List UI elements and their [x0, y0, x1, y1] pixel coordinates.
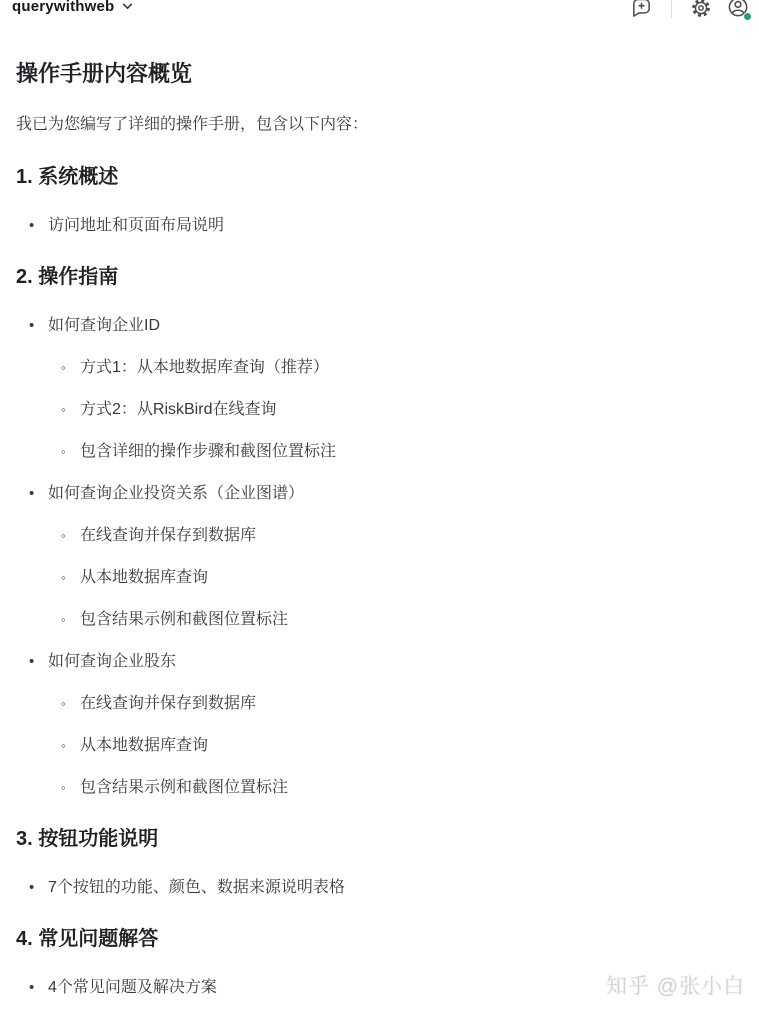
- intro-paragraph: 我已为您编写了详细的操作手册，包含以下内容：: [16, 114, 724, 135]
- topbar-divider: [671, 0, 672, 18]
- list-item-label: 4个常见问题及解决方案: [48, 978, 217, 997]
- online-status-dot: [743, 12, 752, 21]
- bullet-icon: •: [29, 484, 48, 503]
- bullet-icon: •: [29, 878, 48, 897]
- chevron-down-icon: [121, 0, 134, 13]
- gear-icon: [690, 0, 712, 19]
- circle-bullet-icon: ◦: [61, 736, 80, 755]
- sub-list-item-label: 包含详细的操作步骤和截图位置标注: [80, 442, 336, 461]
- topbar-actions: [630, 0, 750, 19]
- sub-list-item: ◦在线查询并保存到数据库: [16, 694, 724, 713]
- list-item-label: 如何查询企业股东: [48, 652, 176, 671]
- sub-list-item: ◦方式1：从本地数据库查询（推荐）: [16, 358, 724, 377]
- circle-bullet-icon: ◦: [61, 442, 80, 461]
- section-heading: 4. 常见问题解答: [16, 926, 724, 952]
- sub-list-item: ◦从本地数据库查询: [16, 568, 724, 587]
- chat-plus-icon: [630, 0, 653, 19]
- circle-bullet-icon: ◦: [61, 610, 80, 629]
- project-name: querywithweb: [12, 0, 114, 15]
- circle-bullet-icon: ◦: [61, 778, 80, 797]
- circle-bullet-icon: ◦: [61, 400, 80, 419]
- sub-list-item-label: 从本地数据库查询: [80, 568, 208, 587]
- bullet-icon: •: [29, 316, 48, 335]
- circle-bullet-icon: ◦: [61, 358, 80, 377]
- bullet-icon: •: [29, 216, 48, 235]
- new-chat-button[interactable]: [630, 0, 653, 19]
- document-body: 操作手册内容概览 我已为您编写了详细的操作手册，包含以下内容： 1. 系统概述•…: [0, 60, 740, 997]
- watermark: 知乎 @张小白: [606, 970, 745, 1000]
- sub-list-item: ◦从本地数据库查询: [16, 736, 724, 755]
- circle-bullet-icon: ◦: [61, 526, 80, 545]
- sub-list-item: ◦包含结果示例和截图位置标注: [16, 610, 724, 629]
- list-item: •访问地址和页面布局说明: [16, 216, 724, 235]
- sub-list-item-label: 从本地数据库查询: [80, 736, 208, 755]
- topbar: querywithweb: [0, 0, 759, 22]
- section-heading: 1. 系统概述: [16, 164, 724, 190]
- sub-list-item-label: 方式2：从RiskBird在线查询: [80, 400, 276, 419]
- account-button[interactable]: [727, 0, 750, 19]
- bullet-icon: •: [29, 978, 48, 997]
- section-heading: 2. 操作指南: [16, 264, 724, 290]
- settings-button[interactable]: [690, 0, 712, 19]
- circle-bullet-icon: ◦: [61, 694, 80, 713]
- project-switcher[interactable]: querywithweb: [12, 0, 134, 15]
- sections-container: 1. 系统概述•访问地址和页面布局说明2. 操作指南•如何查询企业ID◦方式1：…: [16, 164, 724, 997]
- list-item: •如何查询企业股东: [16, 652, 724, 671]
- list-item-label: 7个按钮的功能、颜色、数据来源说明表格: [48, 878, 345, 897]
- sub-list-item-label: 在线查询并保存到数据库: [80, 526, 256, 545]
- sub-list-item-label: 方式1：从本地数据库查询（推荐）: [80, 358, 329, 377]
- list-item-label: 访问地址和页面布局说明: [48, 216, 224, 235]
- sub-list-item: ◦包含结果示例和截图位置标注: [16, 778, 724, 797]
- sub-list-item-label: 在线查询并保存到数据库: [80, 694, 256, 713]
- sub-list-item-label: 包含结果示例和截图位置标注: [80, 610, 288, 629]
- list-item: •如何查询企业ID: [16, 316, 724, 335]
- page-title: 操作手册内容概览: [16, 60, 724, 88]
- list-item: •7个按钮的功能、颜色、数据来源说明表格: [16, 878, 724, 897]
- sub-list-item-label: 包含结果示例和截图位置标注: [80, 778, 288, 797]
- list-item: •如何查询企业投资关系（企业图谱）: [16, 484, 724, 503]
- list-item-label: 如何查询企业投资关系（企业图谱）: [48, 484, 304, 503]
- bullet-icon: •: [29, 652, 48, 671]
- list-item-label: 如何查询企业ID: [48, 316, 160, 335]
- sub-list-item: ◦方式2：从RiskBird在线查询: [16, 400, 724, 419]
- sub-list-item: ◦包含详细的操作步骤和截图位置标注: [16, 442, 724, 461]
- circle-bullet-icon: ◦: [61, 568, 80, 587]
- sub-list-item: ◦在线查询并保存到数据库: [16, 526, 724, 545]
- section-heading: 3. 按钮功能说明: [16, 826, 724, 852]
